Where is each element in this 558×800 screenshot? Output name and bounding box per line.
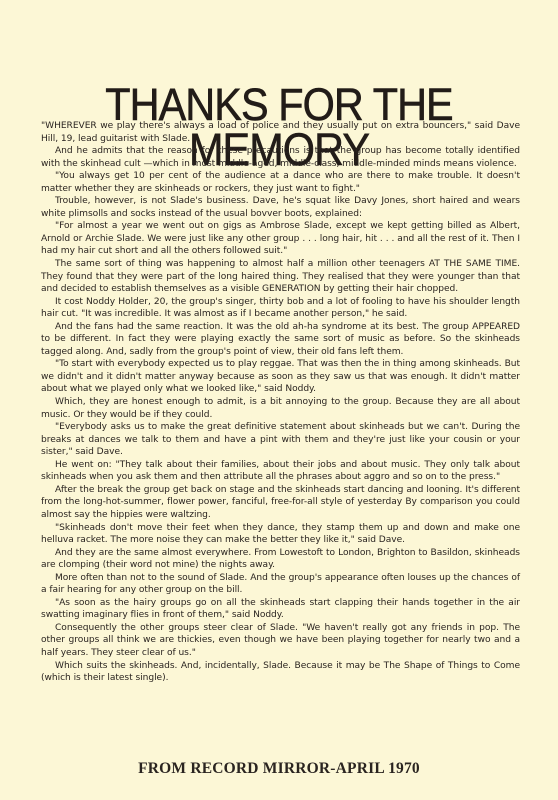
- paragraph: The same sort of thing was happening to …: [41, 258, 520, 296]
- paragraph: He went on: "They talk about their famil…: [41, 459, 520, 484]
- article-body: "WHEREVER we play there's always a load …: [41, 120, 520, 685]
- paragraph: Trouble, however, is not Slade's busines…: [41, 195, 520, 220]
- document-page: THANKS FOR THE MEMORY "WHEREVER we play …: [0, 0, 558, 800]
- paragraph: "To start with everybody expected us to …: [41, 358, 520, 396]
- paragraph: "As soon as the hairy groups go on all t…: [41, 597, 520, 622]
- paragraph: "Skinheads don't move their feet when th…: [41, 522, 520, 547]
- paragraph: And they are the same almost everywhere.…: [41, 547, 520, 572]
- paragraph: Consequently the other groups steer clea…: [41, 622, 520, 660]
- paragraph: "You always get 10 per cent of the audie…: [41, 170, 520, 195]
- paragraph: "WHEREVER we play there's always a load …: [41, 120, 520, 145]
- source-credit: FROM RECORD MIRROR-APRIL 1970: [0, 760, 558, 778]
- paragraph: "Everybody asks us to make the great def…: [41, 421, 520, 459]
- paragraph: "For almost a year we went out on gigs a…: [41, 220, 520, 258]
- paragraph: More often than not to the sound of Slad…: [41, 572, 520, 597]
- paragraph: Which, they are honest enough to admit, …: [41, 396, 520, 421]
- paragraph: Which suits the skinheads. And, incident…: [41, 660, 520, 685]
- paragraph: And the fans had the same reaction. It w…: [41, 321, 520, 359]
- paragraph: After the break the group get back on st…: [41, 484, 520, 522]
- paragraph: It cost Noddy Holder, 20, the group's si…: [41, 296, 520, 321]
- paragraph: And he admits that the reason for these …: [41, 145, 520, 170]
